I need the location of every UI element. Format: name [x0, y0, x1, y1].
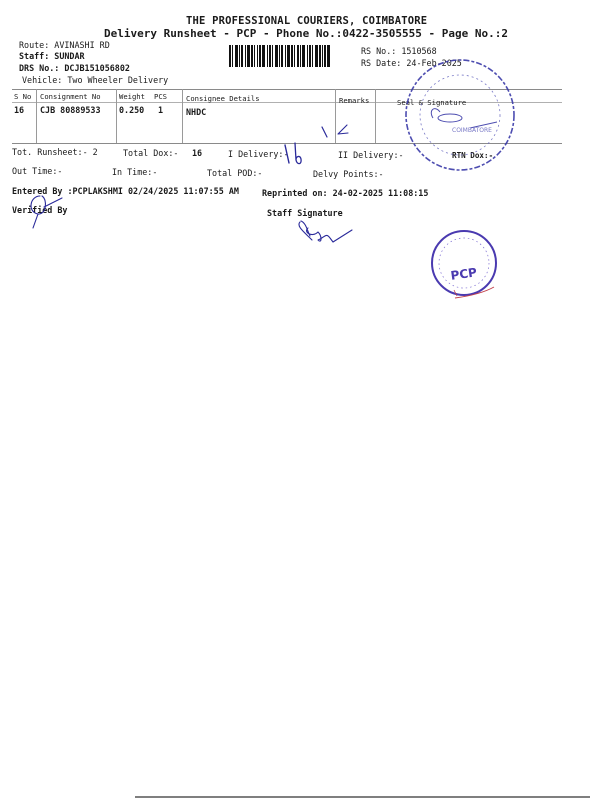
svg-text:COIMBATORE: COIMBATORE	[452, 127, 492, 134]
company-seal-stamp-icon: COIMBATORE	[406, 60, 514, 170]
remarks-tick-icon	[322, 125, 348, 137]
verifier-signature-icon	[31, 196, 62, 228]
handwriting-layer: COIMBATORE PCP	[0, 0, 600, 800]
svg-text:PCP: PCP	[450, 265, 478, 283]
handwritten-count-icon	[285, 143, 301, 164]
staff-signature-icon	[299, 221, 352, 242]
pcp-stamp-icon: PCP	[432, 231, 496, 298]
